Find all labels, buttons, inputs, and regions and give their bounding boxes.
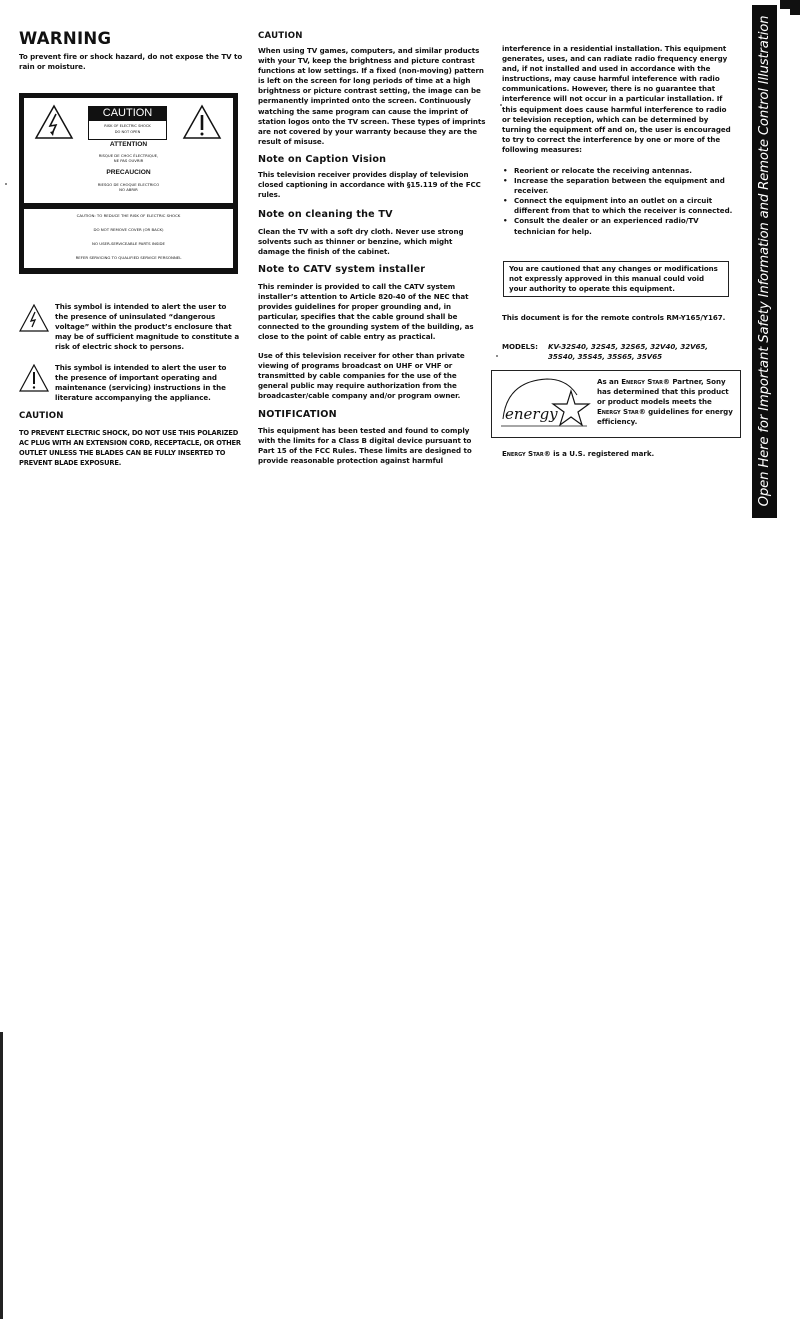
caption-vision-text: This television receiver provides displa… <box>258 170 486 200</box>
caution-sub-line: DO NOT OPEN <box>89 129 166 135</box>
lightning-triangle-icon <box>19 304 49 332</box>
attention-line: NE PAS OUVRIR <box>24 158 233 163</box>
corner-mark <box>790 0 800 15</box>
list-item: Consult the dealer or an experienced rad… <box>502 216 734 236</box>
caution-label-bottom: CAUTION: TO REDUCE THE RISK OF ELECTRIC … <box>24 209 233 268</box>
exclamation-triangle-icon <box>182 104 222 140</box>
notification-text: This equipment has been tested and found… <box>258 426 486 466</box>
caution-label-top: CAUTION RISK OF ELECTRIC SHOCK DO NOT OP… <box>24 98 233 203</box>
energy-reg-text: ® is a U.S. registered mark. <box>544 449 654 458</box>
energy-star-box: energy As an Energy Star® Partner, Sony … <box>491 370 741 438</box>
caution-plug-title: CAUTION <box>19 411 64 421</box>
energy-star-name: Energy Star <box>597 407 639 416</box>
symbol-description-voltage: This symbol is intended to alert the use… <box>55 302 240 352</box>
models-line: KV-32S40, 32S45, 32S65, 32V40, 32V65, <box>548 342 708 352</box>
catv-title: Note to CATV system installer <box>258 264 425 275</box>
energy-star-name: Energy Star <box>502 449 544 458</box>
cleaning-text: Clean the TV with a soft dry cloth. Neve… <box>258 227 486 257</box>
notification-title: NOTIFICATION <box>258 409 337 420</box>
caption-vision-title: Note on Caption Vision <box>258 154 386 165</box>
symbol-description-instructions: This symbol is intended to alert the use… <box>55 363 240 403</box>
cleaning-title: Note on cleaning the TV <box>258 209 393 220</box>
caution-text: When using TV games, computers, and simi… <box>258 46 486 147</box>
exclamation-triangle-icon <box>19 364 49 392</box>
caution-subtext: RISK OF ELECTRIC SHOCK DO NOT OPEN <box>88 120 167 140</box>
precaucion-heading: PRECAUCION <box>24 169 233 176</box>
energy-star-logo-icon: energy <box>497 375 592 433</box>
label-line: CAUTION: TO REDUCE THE RISK OF ELECTRIC … <box>24 213 233 218</box>
warning-text: To prevent fire or shock hazard, do not … <box>19 52 244 72</box>
open-here-tab-label[interactable]: Open Here for Important Safety Informati… <box>753 6 776 516</box>
remote-controls-text: This document is for the remote controls… <box>502 313 734 323</box>
energy-star-registered-text: Energy Star® is a U.S. registered mark. <box>502 449 734 459</box>
models-label: MODELS: <box>502 342 538 352</box>
precaucion-line: NO ABRIR <box>24 187 233 192</box>
measures-list: Reorient or relocate the receiving anten… <box>502 166 734 237</box>
list-item: Reorient or relocate the receiving anten… <box>502 166 734 176</box>
list-item: Increase the separation between the equi… <box>502 176 734 196</box>
warning-title: WARNING <box>19 29 111 48</box>
caution-label-box: CAUTION RISK OF ELECTRIC SHOCK DO NOT OP… <box>19 93 238 274</box>
scan-dot <box>5 183 7 185</box>
modification-caution-box: You are cautioned that any changes or mo… <box>503 261 729 297</box>
list-item: Connect the equipment into an outlet on … <box>502 196 734 216</box>
energy-star-name: Energy Star <box>621 377 663 386</box>
energy-star-text: As an Energy Star® Partner, Sony has det… <box>597 377 737 427</box>
energy-text: As an <box>597 377 621 386</box>
lightning-triangle-icon <box>34 104 74 140</box>
label-line: DO NOT REMOVE COVER (OR BACK) <box>24 227 233 232</box>
modification-caution-text: You are cautioned that any changes or mo… <box>509 264 722 294</box>
caution-title: CAUTION <box>258 31 303 41</box>
caution-plug-text: TO PREVENT ELECTRIC SHOCK, DO NOT USE TH… <box>19 428 244 468</box>
interference-text: interference in a residential installati… <box>502 44 734 155</box>
scan-dot <box>500 104 502 106</box>
label-line: REFER SERVICING TO QUALIFIED SERVICE PER… <box>24 255 233 260</box>
label-line: NO USER-SERVICEABLE PARTS INSIDE <box>24 241 233 246</box>
catv-text: This reminder is provided to call the CA… <box>258 282 486 343</box>
scan-dot <box>496 355 498 357</box>
models-line: 35S40, 35S45, 35S65, 35V65 <box>548 352 662 362</box>
caution-bar: CAUTION <box>88 106 167 120</box>
left-edge-line <box>0 1032 3 1319</box>
attention-heading: ATTENTION <box>24 141 233 148</box>
svg-text:energy: energy <box>505 405 558 423</box>
use-text: Use of this television receiver for othe… <box>258 351 486 401</box>
